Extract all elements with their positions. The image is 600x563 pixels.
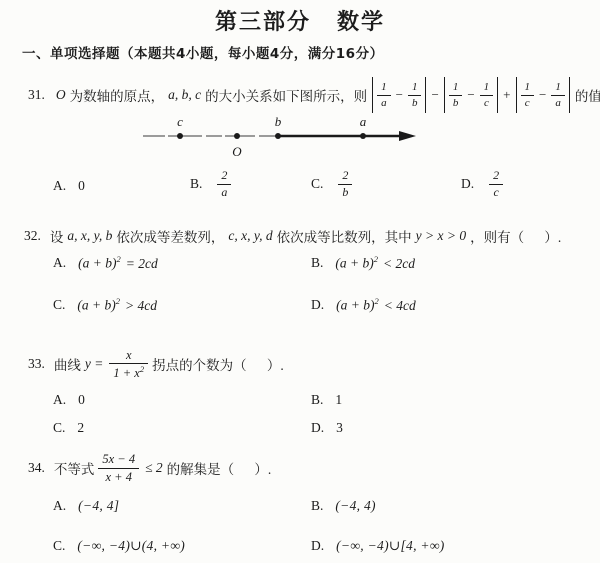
page-title: 第三部分 数学 (0, 5, 600, 36)
q32-inequality: y > x > 0 (416, 228, 466, 244)
fraction: 1c (480, 81, 494, 109)
q31-expression: 1a − 1b − 1b − 1c + 1c − 1a (370, 77, 572, 113)
option-label: A. (53, 392, 66, 408)
fraction: 2c (489, 169, 503, 200)
point-b-label: b (275, 115, 282, 129)
option-value: 3 (336, 420, 343, 436)
option-31-d: D. 2c (461, 169, 506, 200)
option-value: (−4, 4] (78, 498, 119, 514)
question-33-options-row2: C. 2 D. 3 (0, 420, 600, 442)
page-title-part2: 数学 (337, 5, 385, 36)
point-a-label: a (360, 115, 367, 129)
q31-text1: 为数轴的原点， (70, 85, 165, 105)
option-34-c: C. (−∞, −4)∪(4, +∞) (53, 538, 185, 554)
fraction: 1a (377, 81, 391, 109)
q32-text1: 设 (50, 226, 64, 246)
option-32-a: A. (a + b)2= 2cd (53, 254, 158, 272)
option-33-a: A. 0 (53, 392, 85, 408)
minus-op: − (467, 87, 474, 103)
option-label: D. (311, 297, 324, 313)
option-label: B. (311, 392, 323, 408)
fraction: 5x − 4x + 4 (98, 452, 139, 484)
option-formula: (a + b)2> 4cd (77, 296, 157, 314)
option-value: (−∞, −4)∪[4, +∞) (336, 538, 444, 554)
option-label: C. (53, 420, 65, 436)
option-34-d: D. (−∞, −4)∪[4, +∞) (311, 538, 445, 554)
fraction: 2b (338, 169, 352, 200)
question-31-number: 31. (28, 87, 45, 103)
question-32-options-row2: C. (a + b)2> 4cd D. (a + b)2< 4cd (0, 296, 600, 324)
option-34-b: B. (−4, 4) (311, 498, 376, 514)
question-32-stem: 32. 设 a, x, y, b 依次成等差数列， c, x, y, d 依次成… (24, 226, 562, 246)
point-a-dot (360, 133, 366, 139)
q34-answer-blank: 的解集是（ ）. (167, 458, 272, 478)
option-label: B. (311, 498, 323, 514)
question-34-stem: 34. 不等式 5x − 4x + 4 ≤ 2 的解集是（ ）. (28, 446, 272, 490)
q31-text2: 的大小关系如下图所示，则 (205, 85, 367, 105)
point-b-dot (275, 133, 281, 139)
option-32-d: D. (a + b)2< 4cd (311, 296, 416, 314)
option-formula: (a + b)2< 2cd (335, 254, 415, 272)
option-value: 0 (78, 178, 85, 194)
option-label: C. (53, 538, 65, 554)
question-34-number: 34. (28, 460, 45, 476)
q32-vars1: a, x, y, b (67, 228, 112, 244)
option-value: 2 (77, 420, 84, 436)
abs-bar (516, 77, 517, 113)
question-33-options-row1: A. 0 B. 1 (0, 392, 600, 414)
option-31-c: C. 2b (311, 169, 355, 200)
q34-relation: ≤ 2 (145, 460, 163, 476)
fraction: 1c (521, 81, 535, 109)
option-label: B. (190, 176, 202, 192)
point-c-dot (177, 133, 183, 139)
q34-text1: 不等式 (54, 458, 95, 478)
option-label: C. (311, 176, 323, 192)
option-formula: (a + b)2= 2cd (78, 254, 158, 272)
origin-label: O (232, 144, 242, 159)
page-title-part1: 第三部分 (215, 5, 311, 36)
point-c-label: c (177, 115, 183, 129)
abs-bar (425, 77, 426, 113)
q33-text1: 曲线 (54, 354, 81, 374)
option-label: A. (53, 498, 66, 514)
abs-bar (569, 77, 570, 113)
option-33-c: C. 2 (53, 420, 84, 436)
option-31-a: A. 0 (53, 178, 85, 194)
option-label: A. (53, 255, 66, 271)
option-label: C. (53, 297, 65, 313)
point-origin-dot (234, 133, 240, 139)
question-33-number: 33. (28, 356, 45, 372)
q33-lhs: y = (85, 356, 103, 372)
q31-vars: a, b, c (168, 87, 201, 103)
section-heading: 一、单项选择题（本题共4小题，每小题4分，满分16分） (22, 42, 384, 62)
fraction: x1 + x2 (109, 348, 148, 381)
arrowhead-icon (399, 131, 416, 141)
option-32-b: B. (a + b)2< 2cd (311, 254, 415, 272)
option-31-b: B. 2a (190, 169, 234, 200)
option-label: D. (311, 420, 324, 436)
option-value: (−∞, −4)∪(4, +∞) (77, 538, 185, 554)
question-34-options-row1: A. (−4, 4] B. (−4, 4) (0, 498, 600, 522)
option-34-a: A. (−4, 4] (53, 498, 119, 514)
abs-bar (497, 77, 498, 113)
abs-bar (372, 77, 373, 113)
q32-text2: 依次成等差数列， (116, 226, 224, 246)
question-33-stem: 33. 曲线 y = x1 + x2 拐点的个数为（ ）. (28, 342, 285, 386)
option-33-d: D. 3 (311, 420, 343, 436)
exam-page: 第三部分 数学 一、单项选择题（本题共4小题，每小题4分，满分16分） 31. … (0, 0, 600, 563)
fraction: 1b (408, 81, 422, 109)
number-line-diagram: c O b a (140, 115, 430, 161)
question-32-number: 32. (24, 228, 41, 244)
option-label: D. (461, 176, 474, 192)
q32-vars2: c, x, y, d (228, 228, 272, 244)
option-33-b: B. 1 (311, 392, 342, 408)
option-32-c: C. (a + b)2> 4cd (53, 296, 157, 314)
question-31-options: A. 0 B. 2a C. 2b D. 2c (0, 166, 600, 216)
q32-text3: 依次成等比数列，其中 (277, 226, 412, 246)
q31-var-O: O (56, 87, 66, 103)
fraction: 2a (217, 169, 231, 200)
minus-op: − (396, 87, 403, 103)
option-value: (−4, 4) (335, 498, 375, 514)
q32-answer-blank: ，则有（ ）. (470, 226, 561, 246)
option-formula: (a + b)2< 4cd (336, 296, 416, 314)
option-label: B. (311, 255, 323, 271)
option-value: 1 (335, 392, 342, 408)
q33-answer-blank: 拐点的个数为（ ）. (152, 354, 284, 374)
option-value: 0 (78, 392, 85, 408)
fraction: 1a (551, 81, 565, 109)
q31-answer-blank: 的值是（ ） (575, 85, 600, 105)
minus-op: − (539, 87, 546, 103)
option-label: A. (53, 178, 66, 194)
plus-op: + (503, 87, 510, 103)
question-34-options-row2: C. (−∞, −4)∪(4, +∞) D. (−∞, −4)∪[4, +∞) (0, 538, 600, 562)
option-label: D. (311, 538, 324, 554)
fraction: 1b (449, 81, 463, 109)
question-31-stem: 31. O 为数轴的原点， a, b, c 的大小关系如下图所示，则 1a − … (28, 72, 600, 118)
abs-bar (444, 77, 445, 113)
minus-op: − (431, 87, 438, 103)
question-32-options-row1: A. (a + b)2= 2cd B. (a + b)2< 2cd (0, 254, 600, 282)
